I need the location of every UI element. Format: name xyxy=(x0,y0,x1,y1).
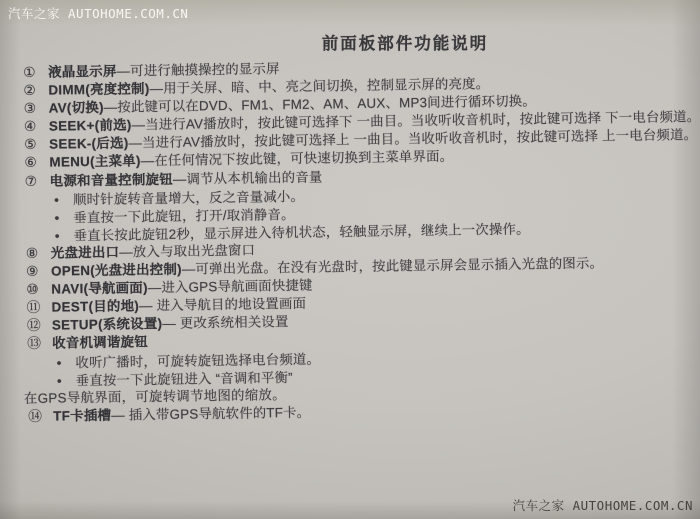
item-lead: SETUP(系统设置) xyxy=(52,316,163,333)
bullet-icon: ● xyxy=(54,190,73,208)
item-lead: 电源和音量控制旋钮 xyxy=(50,171,173,188)
item-lead: NAVI(导航画面) xyxy=(51,280,148,296)
bullet-icon: ● xyxy=(54,208,73,226)
item-lead: DEST(目的地) xyxy=(52,299,140,315)
item-text: — 插入带GPS导航软件的TF卡。 xyxy=(111,405,310,423)
item-number: ⑥ xyxy=(24,154,49,172)
item-lead: 光盘进出口 xyxy=(51,245,120,261)
item-lead: 液晶显示屏 xyxy=(48,64,117,80)
item-text: —进入GPS导航画面快捷键 xyxy=(148,278,313,295)
item-lead: AV(切换) xyxy=(49,100,104,116)
item-lead: 收音机调谐旋钮 xyxy=(52,335,148,351)
item-number: ⑬ xyxy=(27,335,52,353)
item-number: ⑭ xyxy=(28,407,53,425)
item-text: —可进行触摸操控的显示屏 xyxy=(116,61,279,78)
bullet-text: 收听广播时，可旋转旋钮选择电台频道。 xyxy=(75,351,320,370)
item-number: ⑨ xyxy=(26,263,51,281)
item-number: ⑩ xyxy=(26,281,51,299)
bullet-icon: ● xyxy=(56,353,75,371)
item-number: ① xyxy=(23,64,48,82)
item-text: —在任何情况下按此键，可快速切换到主菜单界面。 xyxy=(141,149,454,169)
item-lead: TF卡插槽 xyxy=(53,408,111,424)
bullet-icon: ● xyxy=(54,226,73,244)
item-number: ⑦ xyxy=(25,172,50,190)
page-title: 前面板部件功能说明 xyxy=(0,30,700,54)
item-lead: OPEN(光盘进出控制) xyxy=(51,262,182,279)
item-text: —调节从本机输出的音量 xyxy=(173,169,323,186)
item-lead: DIMM(亮度控制) xyxy=(48,81,149,97)
watermark-top: 汽车之家 AUTOHOME.COM.CN xyxy=(8,4,188,22)
item-number: ⑤ xyxy=(24,136,49,154)
item-number: ② xyxy=(23,82,48,100)
manual-content: ①液晶显示屏—可进行触摸操控的显示屏 ②DIMM(亮度控制)—用于关屏、暗、中、… xyxy=(23,54,700,426)
item-text: — 进入导航目的地设置画面 xyxy=(139,296,306,313)
item-number: ⑫ xyxy=(27,317,52,335)
manual-page-photo: 汽车之家 AUTOHOME.COM.CN 前面板部件功能说明 ①液晶显示屏—可进… xyxy=(0,0,700,519)
bullet-icon: ● xyxy=(57,371,76,389)
item-number: ⑧ xyxy=(26,245,51,263)
item-text: — 更改系统相关设置 xyxy=(162,314,288,331)
bullet-text: 垂直按一下此旋钮进入 “音调和平衡” xyxy=(76,370,293,388)
item-lead: MENU(主菜单) xyxy=(49,154,140,170)
item-lead: SEEK-(后选) xyxy=(49,136,129,152)
watermark-bottom: 汽车之家 AUTOHOME.COM.CN xyxy=(513,496,693,514)
item-lead: SEEK+(前选) xyxy=(49,118,132,134)
item-number: ④ xyxy=(24,118,49,136)
bullet-text: 垂直按一下此旋钮，打开/取消静音。 xyxy=(73,207,295,225)
item-number: ③ xyxy=(24,100,49,118)
bullet-text: 顺时针旋转音量增大，反之音量减小。 xyxy=(73,189,304,207)
item-number: ⑪ xyxy=(26,299,51,317)
item-text: —放入与取出光盘窗口 xyxy=(119,243,255,260)
